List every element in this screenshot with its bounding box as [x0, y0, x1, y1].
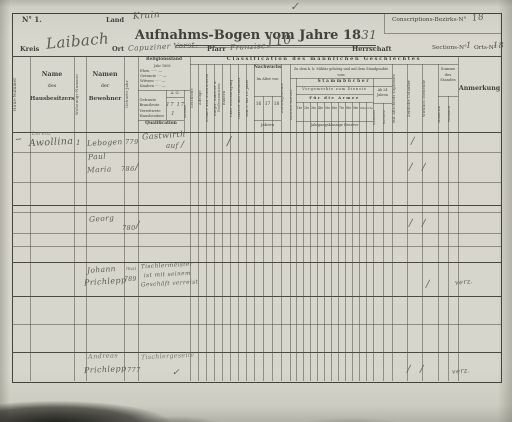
land-value-handwritten: Krain — [133, 11, 161, 22]
grid-v-line — [331, 102, 332, 381]
scanned-conscription-form-page: N° 1. Land Krain Conscriptions-Bezirks-N… — [0, 0, 512, 422]
class-col-bauern: Bauern — [222, 66, 230, 130]
grid-v-line — [352, 102, 353, 381]
column-header-bewohner-line1: Namen — [86, 72, 124, 78]
armee-cell-10te: 10te — [359, 107, 366, 110]
row1-dwelling-number: 1 — [76, 140, 81, 147]
row2-tally-slash-b: ∕ — [422, 163, 426, 173]
qualbox-row-a3: Witwen ····· — — [140, 80, 165, 84]
grid-v-line — [338, 102, 339, 381]
qualbox-row-b3: Verwitwete — [140, 110, 161, 114]
qualbox-row-a1: Ehen ······ — — [140, 70, 162, 74]
resident1-birth-year: 779 — [125, 139, 139, 146]
armee-cell-5te: 5te — [324, 107, 331, 110]
qualbox-row-a2: Getraute ···· — — [140, 75, 167, 79]
resident5-birth-month: mai — [126, 267, 137, 272]
resident4-birth-year: 780 — [122, 225, 136, 232]
pfarr-value-handwritten: Franzisc. — [230, 42, 269, 52]
nachwuchs-jahren-label: Jahren — [254, 123, 281, 127]
sections-number-label: Sections-N° — [432, 46, 467, 52]
owner-surname-handwritten: Awollina — [29, 137, 74, 149]
armee-ab24-befreite-label: Befreite — [383, 104, 393, 131]
grid-v-line — [448, 96, 449, 381]
row3-tally-slash-a: ∕ — [409, 219, 413, 229]
class-col-haeusler: Häusler und Inwohner — [238, 66, 246, 130]
grid-h-line — [296, 102, 373, 103]
resident1-name: Lebogen — [87, 138, 123, 147]
armee-cell-1te: 1te — [296, 107, 303, 110]
grid-v-line — [254, 64, 255, 381]
resident3-name: Maria — [87, 165, 112, 174]
column-header-geburtsjahr: Geburts-Jahr — [125, 58, 137, 130]
summe-maennlich-label: Männlich — [438, 97, 448, 131]
armee-reserve-label: Jahrgangsklassige Reserve — [296, 124, 373, 128]
grid-h-line — [296, 121, 373, 122]
armee-cell-3te: 3te — [310, 107, 317, 110]
armee-cell-8te: 8te — [345, 107, 352, 110]
resident4-name: Georg — [89, 214, 115, 223]
nachwuchs-age-17: 17 — [263, 103, 272, 107]
row3-flourish-slash: ∕ — [136, 221, 140, 231]
qualbox-value-1: 1 — [171, 112, 175, 118]
qualbox-row-b2: Brautleute — [140, 104, 160, 108]
armee-cell-4te: 4te — [317, 107, 324, 110]
grid-v-line — [303, 102, 304, 381]
grid-h-line — [254, 120, 281, 121]
summe-title: Summe des Standes — [438, 66, 458, 83]
class-col-buerger: Bürger, Künstler u. Professionisten — [214, 66, 222, 130]
sheet-number-label: N° 1. — [22, 16, 42, 23]
nachwuchs-age-18: 18 — [272, 103, 281, 107]
conscription-district-value: 18 — [471, 13, 484, 24]
row5-tally-slash-b: ∕ — [420, 365, 424, 375]
qualbox-row-a4: Knaben ····· — — [140, 85, 165, 89]
qualbox-value-17-17: 17 17 — [166, 103, 185, 109]
resident3-birth-year: 786 — [121, 166, 135, 173]
column-header-wohnungsnummer: Wohnungs-Nummer — [75, 58, 85, 130]
grid-v-line — [324, 102, 325, 381]
row2-tally-slash-a: ∕ — [409, 163, 413, 173]
nachwuchs-subtitle: Im Alter von — [255, 77, 280, 82]
qualbox-subhead-a: Jahr 1808 — [154, 65, 170, 68]
resident1-occupation-2: auf — [166, 143, 178, 150]
armee-cell-2te: 2te — [303, 107, 310, 110]
resident6-remark: verz. — [452, 367, 471, 375]
grid-v-line — [30, 56, 31, 381]
row5-tally-slash-a: ∕ — [407, 365, 411, 375]
column-header-bewohner-line2: der — [86, 84, 124, 89]
row1-tally-slash-b: ∕ — [227, 135, 231, 147]
row3-tally-slash-b: ∕ — [422, 219, 426, 229]
armee-fuer-die-armee-label: Für die Armee — [296, 96, 373, 100]
armee-top-text: Zu dem k. k. Militär gehörig und auf dem… — [292, 66, 390, 78]
qualbox-footer: Qualification — [138, 122, 184, 126]
armee-cell-9te: 9te — [352, 107, 359, 110]
row1-tally-slash-c: ∕ — [411, 137, 415, 147]
resident5-remark: verz. — [455, 278, 474, 286]
overlay-number-handwritten: 110 — [265, 33, 293, 49]
conscription-district-label: Conscriptions-Bezirks-N° — [392, 18, 466, 24]
column-header-hausbesitzer-line2: des — [30, 84, 74, 89]
class-col-bis-15-jahre: Vom 1. bis 15. Jahre — [246, 66, 254, 130]
column-header-bewohner-line3: Bewohner — [86, 97, 124, 103]
armee-cell-6te: 6te — [331, 107, 338, 110]
grid-v-line — [317, 102, 318, 381]
column-header-hausnummer: Haus-Nummer — [13, 58, 30, 130]
col-wirklich-dienende: Wirklich Dienende — [422, 66, 438, 130]
row1-tally-slash-a: ∕ — [181, 141, 184, 150]
grid-v-line — [458, 56, 459, 381]
col-abschieds-diplome: Mit Abschieds-Diplomen — [392, 66, 407, 130]
qualbox-row-b1: Getraute — [140, 99, 157, 103]
summe-weiblich-label: Weiblich — [448, 97, 458, 131]
row4-tally-slash: ∕ — [426, 280, 430, 290]
grid-v-line — [345, 102, 346, 381]
row1-house-number-tick: ~ — [14, 135, 24, 145]
qualbox-subhead-b: A. O. — [166, 92, 184, 96]
grid-h-line — [166, 97, 184, 98]
grid-v-line — [86, 56, 87, 381]
grid-v-line — [272, 96, 273, 381]
pfarr-label: Pfarr — [207, 46, 226, 53]
class-col-adelige: Adelige — [198, 66, 206, 130]
grid-v-line — [359, 102, 360, 381]
qualbox-row-b4: Hausbesitzer — [140, 115, 165, 119]
armee-cell-11te: 11te — [366, 107, 373, 110]
class-col-zurueckgestellte: Zurückgestellte — [281, 66, 290, 130]
grid-h-line — [254, 96, 281, 97]
nachwuchs-title: Nachwuchs — [254, 66, 281, 70]
armee-stammbuecher-label: Stammbücher — [296, 79, 392, 83]
qualbox-title: Religionsstand — [138, 58, 190, 62]
class-col-ohne-beschaeftigung: Ohne Beschäftigung — [230, 66, 238, 130]
nachwuchs-age-16: 16 — [254, 103, 263, 107]
col-zeitliche-urlauber: Zeitliche Urlauber — [407, 66, 422, 130]
column-header-anmerkung: Anmerkung — [458, 86, 501, 92]
row2-flourish-slash: ∕ — [135, 163, 139, 173]
armee-cell-7te: 7te — [338, 107, 345, 110]
armee-vorgemerkte-label: Vorgemerkte zum Dienste — [296, 88, 373, 92]
classification-title: Classification des männlichen Geschlecht… — [190, 57, 458, 62]
grid-v-line — [366, 102, 367, 381]
armee-ab24-gediente-label: Gediente — [373, 104, 383, 131]
grid-v-line — [310, 102, 311, 381]
form-title-year-handwritten: 31 — [361, 28, 377, 42]
ort-label: Ort — [112, 46, 124, 53]
class-col-geistliche: Geistliche — [190, 66, 198, 130]
column-header-hausbesitzer-line3: Hausbesitzers — [30, 97, 74, 103]
land-label: Land — [106, 17, 124, 24]
resident6-first-name: Andreas — [88, 352, 118, 360]
sections-number-value: 1 — [466, 42, 472, 50]
resident5-first-name: Johann — [87, 265, 116, 274]
grid-v-line — [383, 103, 384, 381]
resident5-birth-year: 789 — [124, 277, 137, 283]
resident6-birth-year: 777 — [127, 367, 141, 374]
row5-check-mark: ✓ — [172, 369, 180, 378]
grid-v-line — [263, 96, 264, 381]
class-col-beamte: Beamte und Honoratioren — [206, 66, 214, 130]
orts-number-value: 18 — [493, 42, 504, 50]
check-mark-handwritten: ✓ — [289, 1, 300, 13]
herrschaft-label: Herrschaft — [352, 46, 391, 53]
resident2-name: Paul — [88, 153, 106, 161]
kreis-label: Kreis — [20, 46, 39, 53]
armee-ab24-label: Ab 24 Jahren — [374, 88, 391, 99]
column-header-hausbesitzer-line1: Name — [30, 72, 74, 78]
